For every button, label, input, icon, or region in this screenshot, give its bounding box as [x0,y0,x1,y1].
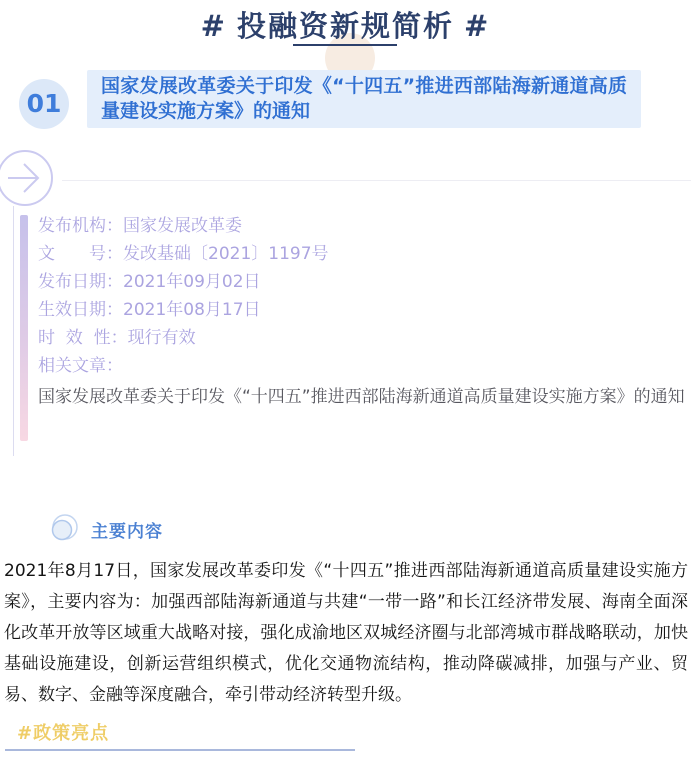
meta-value: 国家发展改革委 [123,216,242,236]
meta-row-publish-date: 发布日期：2021年09月02日 [38,268,686,296]
meta-value: 2021年08月17日 [123,300,261,320]
title-area: #投融资新规简析# [0,0,691,66]
main-content-label: 主要内容 [91,517,163,542]
meta-row-related: 相关文章： [38,352,686,380]
meta-row-effective-date: 生效日期：2021年08月17日 [38,296,686,324]
meta-gradient-bar [20,215,28,441]
policy-highlights-heading: #政策亮点 [17,719,109,745]
arrow-right-circle-icon [0,150,53,206]
section-1-heading: 国家发展改革委关于印发《“十四五”推进西部陆海新通道高质量建设实施方案》的通知 [101,74,627,124]
meta-label: 时 效 性： [38,328,128,348]
meta-label: 发布机构： [38,216,123,236]
hash-mark-left: # [191,9,237,43]
section-1-header: 国家发展改革委关于印发《“十四五”推进西部陆海新通道高质量建设实施方案》的通知 [87,70,641,128]
double-circle-icon [49,514,79,544]
page-title: #投融资新规简析# [0,8,691,44]
meta-row-agency: 发布机构：国家发展改革委 [38,212,686,240]
main-content-heading: 主要内容 [49,513,163,545]
horizontal-divider [62,180,691,181]
section-divider-line [5,749,355,751]
meta-label: 发布日期： [38,272,123,292]
meta-row-doc-number: 文 号：发改基础〔2021〕1197号 [38,240,686,268]
hash-mark-right: # [454,9,500,43]
body-paragraph: 2021年8月17日，国家发展改革委印发《“十四五”推进西部陆海新通道高质量建设… [4,556,688,711]
meta-label: 相关文章： [38,356,123,376]
meta-row-validity: 时 效 性：现行有效 [38,324,686,352]
related-article-title: 国家发展改革委关于印发《“十四五”推进西部陆海新通道高质量建设实施方案》的通知 [38,382,686,412]
title-underline [293,44,397,46]
meta-label: 生效日期： [38,300,123,320]
page-title-text: 投融资新规简析 [237,9,454,43]
meta-value: 2021年09月02日 [123,272,261,292]
vertical-connector-line [13,206,14,456]
meta-label: 文 号： [38,244,123,264]
meta-value: 现行有效 [128,328,196,348]
article-page: #投融资新规简析# 国家发展改革委关于印发《“十四五”推进西部陆海新通道高质量建… [0,0,691,759]
meta-card: 发布机构：国家发展改革委 文 号：发改基础〔2021〕1197号 发布日期：20… [38,212,686,412]
meta-value: 发改基础〔2021〕1197号 [123,244,329,264]
section-number-badge: 01 [19,79,69,129]
